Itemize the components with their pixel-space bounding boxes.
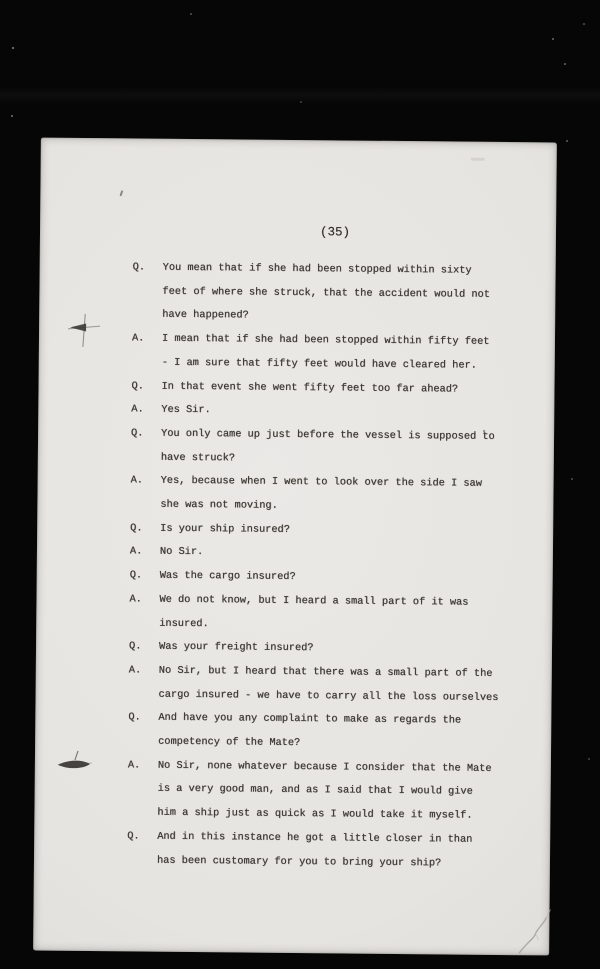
dust-speck xyxy=(583,23,585,25)
qa-item: Q.You only came up just before the vesse… xyxy=(131,422,543,473)
qa-text: You mean that if she had been stopped wi… xyxy=(162,257,545,332)
scanned-page-background: (35) Q.You mean that if she had been sto… xyxy=(0,0,600,969)
qa-text: You only came up just before the vessel … xyxy=(161,423,543,474)
qa-label: A. xyxy=(129,588,159,612)
document-page: (35) Q.You mean that if she had been sto… xyxy=(33,138,557,956)
transcript-line: You mean that if she had been stopped wi… xyxy=(163,257,545,284)
qa-item: A.No Sir, but I heard that there was a s… xyxy=(128,659,540,710)
qa-label: Q. xyxy=(128,707,158,731)
qa-label: Q. xyxy=(130,565,160,589)
qa-label: A. xyxy=(131,470,161,494)
transcript-line: And in this instance he got a little clo… xyxy=(157,826,539,853)
dust-speck xyxy=(566,140,568,142)
qa-item: Q.And in this instance he got a little c… xyxy=(127,825,539,876)
page-number: (35) xyxy=(320,225,350,239)
dust-speck xyxy=(588,758,590,760)
dust-speck xyxy=(12,47,14,49)
dust-speck xyxy=(552,38,554,40)
transcript-line: No Sir. xyxy=(160,541,542,568)
qa-item: Q.And have you any complaint to make as … xyxy=(128,707,540,758)
dust-speck xyxy=(571,478,573,480)
qa-item: A.We do not know, but I heard a small pa… xyxy=(129,588,541,639)
qa-text: Was the cargo insured? xyxy=(160,565,542,592)
qa-text: And have you any complaint to make as re… xyxy=(158,707,540,758)
qa-item: A.I mean that if she had been stopped wi… xyxy=(132,328,544,379)
transcript-line: insured. xyxy=(159,612,541,639)
qa-label: Q. xyxy=(131,375,161,399)
handwritten-arrow-mark xyxy=(67,313,101,349)
qa-text: No Sir, but I heard that there was a sma… xyxy=(158,660,540,711)
qa-label: Q. xyxy=(127,825,157,849)
transcript-line: No Sir, but I heard that there was a sma… xyxy=(159,660,541,687)
qa-label: Q. xyxy=(129,636,159,660)
paper-smudge xyxy=(471,158,485,161)
transcript-line: We do not know, but I heard a small part… xyxy=(159,589,541,616)
transcript-line: has been customary for you to bring your… xyxy=(157,849,539,876)
qa-label: A. xyxy=(129,659,159,683)
qa-text: No Sir. xyxy=(160,541,542,568)
qa-label: Q. xyxy=(133,256,163,280)
qa-item: Q.You mean that if she had been stopped … xyxy=(132,256,545,331)
qa-label: Q. xyxy=(131,422,161,446)
paper-crease xyxy=(493,897,554,958)
dust-speck xyxy=(11,115,13,117)
transcript-line: Was the cargo insured? xyxy=(160,565,542,592)
qa-list: Q.You mean that if she had been stopped … xyxy=(127,256,545,876)
dust-speck xyxy=(190,13,192,15)
qa-item: A.No Sir, none whatever because I consid… xyxy=(127,754,540,829)
qa-label: A. xyxy=(131,399,161,423)
qa-label: A. xyxy=(130,541,160,565)
qa-label: A. xyxy=(132,328,162,352)
qa-label: A. xyxy=(128,754,158,778)
qa-text: And in this instance he got a little clo… xyxy=(157,826,539,877)
qa-text: No Sir, none whatever because I consider… xyxy=(157,754,540,829)
handwritten-arrow-mark xyxy=(56,750,94,780)
qa-text: I mean that if she had been stopped with… xyxy=(162,328,544,379)
dust-speck xyxy=(300,101,302,103)
qa-label: Q. xyxy=(130,517,160,541)
ink-speck xyxy=(119,190,123,196)
qa-item: A.Yes, because when I went to look over … xyxy=(130,470,542,521)
qa-text: We do not know, but I heard a small part… xyxy=(159,589,541,640)
transcript-line: I mean that if she had been stopped with… xyxy=(162,328,544,355)
qa-text: Yes, because when I went to look over th… xyxy=(160,470,542,521)
dust-speck xyxy=(564,63,566,65)
transcript-line: You only came up just before the vessel … xyxy=(161,423,543,450)
ink-speck xyxy=(483,430,485,433)
